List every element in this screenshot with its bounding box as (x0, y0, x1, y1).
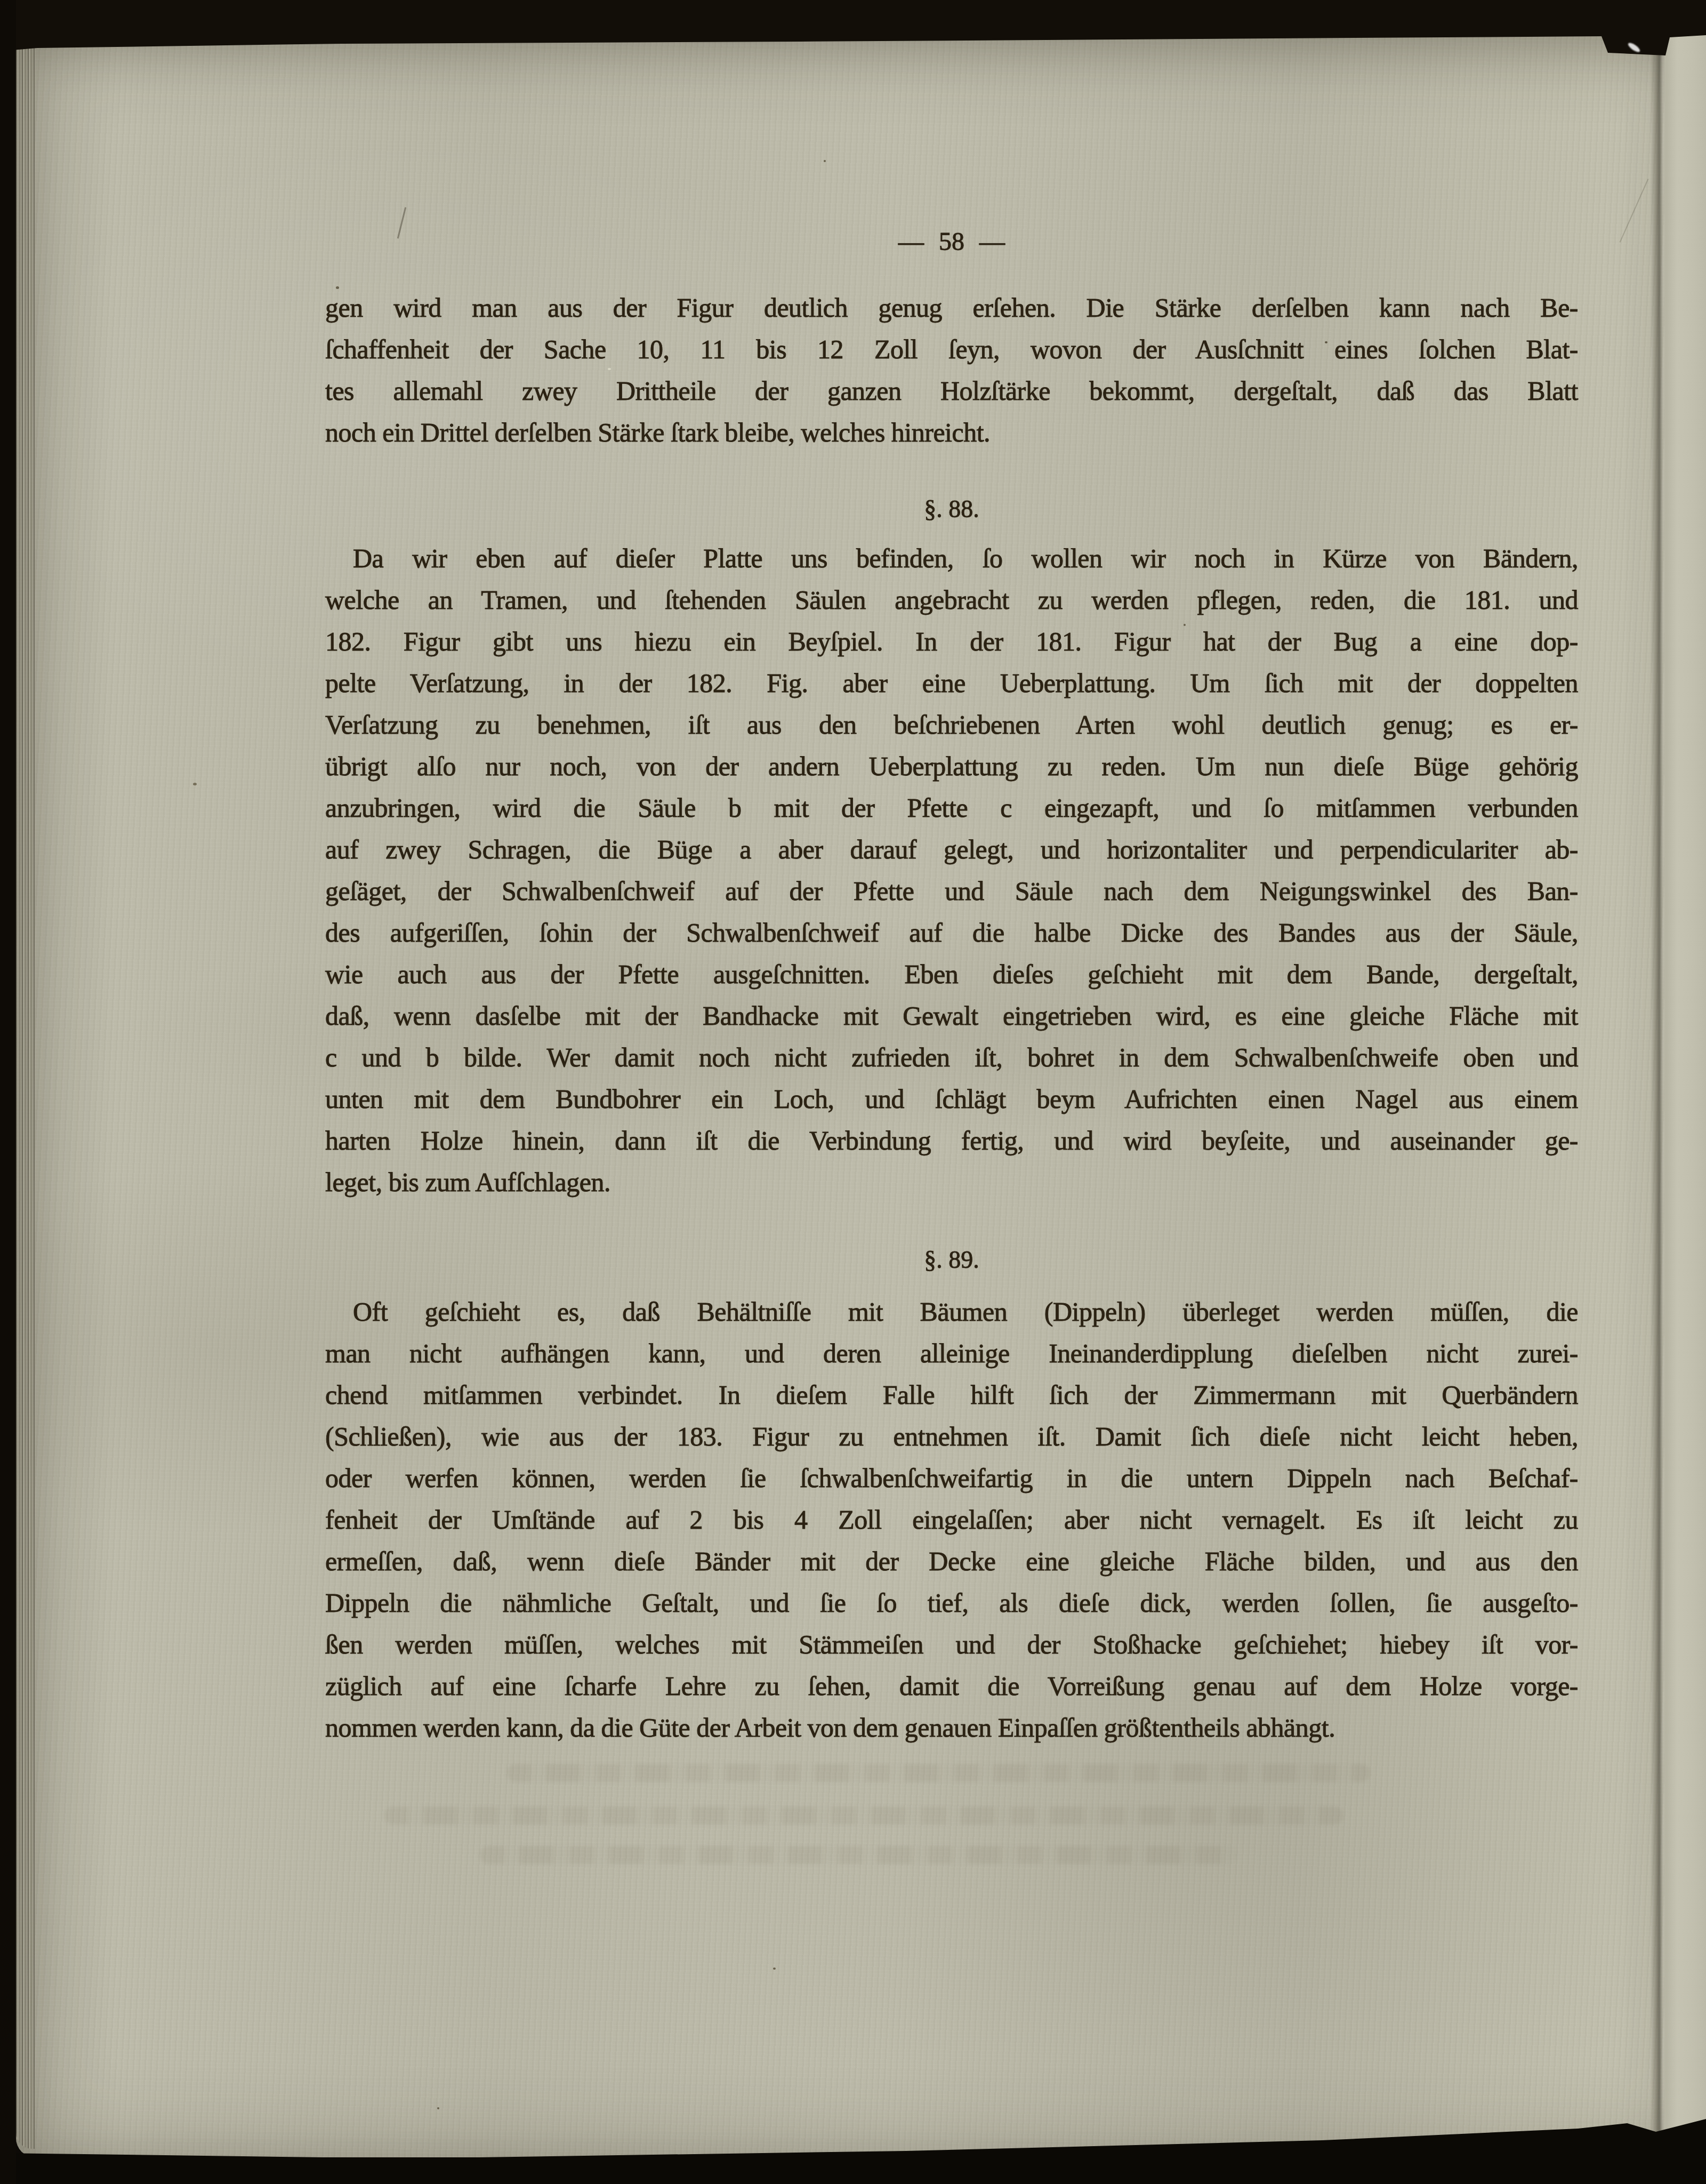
text-line: Da wir eben auf dieſer Platte uns befind… (325, 537, 1578, 579)
gutter-crease (1651, 34, 1667, 2157)
text-line: auf zwey Schragen, die Büge a aber darau… (325, 829, 1578, 870)
paper-speck (824, 160, 826, 162)
text-line: chend mitſammen verbindet. In dieſem Fal… (325, 1374, 1578, 1416)
text-line: Verſatzung zu benehmen, iſt aus den beſc… (325, 704, 1578, 745)
text-line: anzubringen, wird die Säule b mit der Pf… (325, 787, 1578, 829)
paragraph-section-88: Da wir eben auf dieſer Platte uns befind… (325, 537, 1578, 1203)
text-line: Dippeln die nähmliche Geſtalt, und ſie ſ… (325, 1582, 1578, 1624)
text-line: nommen werden kann, da die Güte der Arbe… (325, 1707, 1578, 1748)
paragraph-continuation: gen wird man aus der Figur deutlich genu… (325, 287, 1578, 453)
section-89-heading: §. 89. (325, 1239, 1578, 1281)
bleed-through-smudge (506, 1764, 1370, 1782)
bleed-through-smudge (384, 1806, 1343, 1825)
page-number-header: — 58 — (325, 221, 1578, 263)
paragraph-section-89: Oft geſchieht es, daß Behältniſſe mit Bä… (325, 1291, 1578, 1748)
text-line: geſäget, der Schwalbenſchweif auf der Pf… (325, 870, 1578, 912)
text-line: 182. Figur gibt uns hiezu ein Beyſpiel. … (325, 621, 1578, 662)
text-line: harten Holze hinein, dann iſt die Verbin… (325, 1120, 1578, 1161)
page-fore-edge-stack (16, 37, 35, 2149)
text-line: oder werfen können, werden ſie ſchwalben… (325, 1457, 1578, 1499)
text-line: ſchaffenheit der Sache 10, 11 bis 12 Zol… (325, 328, 1578, 370)
text-line: gen wird man aus der Figur deutlich genu… (325, 287, 1578, 328)
text-line: ermeſſen, daß, wenn dieſe Bänder mit der… (325, 1540, 1578, 1582)
paper-speck (773, 1968, 776, 1970)
text-line: (Schließen), wie aus der 183. Figur zu e… (325, 1416, 1578, 1457)
text-line: übrigt alſo nur noch, von der andern Ueb… (325, 745, 1578, 787)
paper-speck (437, 2107, 439, 2109)
text-line: man nicht aufhängen kann, und deren alle… (325, 1332, 1578, 1374)
section-88-heading: §. 88. (325, 488, 1578, 530)
bleed-through-smudge (480, 1846, 1237, 1864)
text-line: noch ein Drittel derſelben Stärke ſtark … (325, 412, 1578, 453)
text-line: wie auch aus der Pfette ausgeſchnitten. … (325, 953, 1578, 995)
text-line: des aufgeriſſen, ſohin der Schwalbenſchw… (325, 912, 1578, 953)
text-line: tes allemahl zwey Drittheile der ganzen … (325, 370, 1578, 412)
text-line: leget, bis zum Aufſchlagen. (325, 1161, 1578, 1203)
paper-speck (193, 783, 197, 785)
text-line: daß, wenn dasſelbe mit der Bandhacke mit… (325, 995, 1578, 1037)
text-line: welche an Tramen, und ſtehenden Säulen a… (325, 579, 1578, 621)
text-line: pelte Verſatzung, in der 182. Fig. aber … (325, 662, 1578, 704)
text-line: ßen werden müſſen, welches mit Stämmeiſe… (325, 1624, 1578, 1665)
scanner-backdrop-left (0, 0, 16, 2184)
text-line: unten mit dem Bundbohrer ein Loch, und ſ… (325, 1078, 1578, 1120)
text-line: c und b bilde. Wer damit noch nicht zufr… (325, 1037, 1578, 1078)
text-line: Oft geſchieht es, daß Behältniſſe mit Bä… (325, 1291, 1578, 1332)
text-line: fenheit der Umſtände auf 2 bis 4 Zoll ei… (325, 1499, 1578, 1540)
text-line: züglich auf eine ſcharfe Lehre zu ſehen,… (325, 1665, 1578, 1707)
adjacent-leaf-edge (1664, 34, 1706, 2157)
